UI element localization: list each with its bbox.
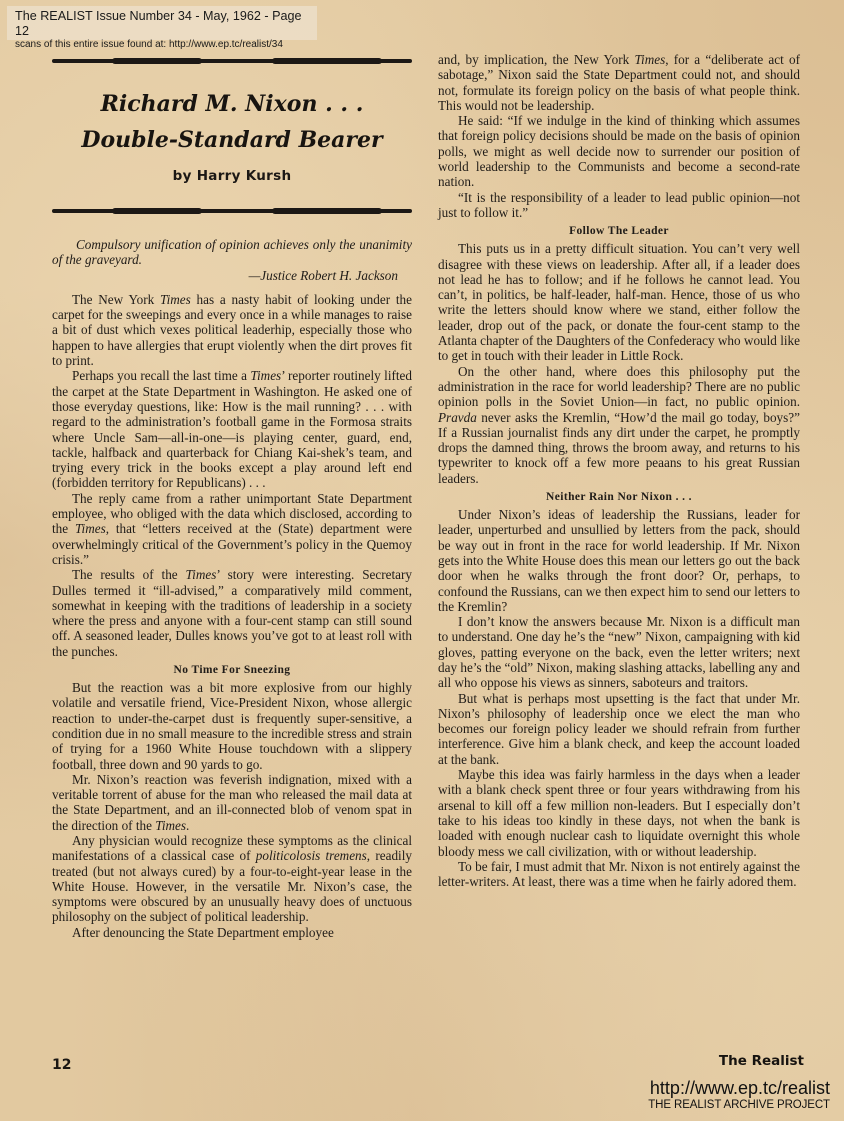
article-paragraph: After denouncing the State Department em… — [52, 925, 412, 940]
left-column-body: The New York Times has a nasty habit of … — [52, 292, 412, 940]
article-paragraph: Any physician would recognize these symp… — [52, 833, 412, 925]
article-paragraph: The New York Times has a nasty habit of … — [52, 292, 412, 368]
headline-line-1: Richard M. Nixon . . . — [52, 88, 412, 120]
article-paragraph: Perhaps you recall the last time a Times… — [52, 368, 412, 490]
italic-emphasis: Pravda — [438, 410, 477, 425]
archive-header-banner: The REALIST Issue Number 34 - May, 1962 … — [7, 6, 317, 40]
article-paragraph: The reply came from a rather unimportant… — [52, 491, 412, 567]
headline-top-rule — [52, 59, 412, 63]
byline: by Harry Kursh — [52, 168, 412, 184]
headline-bottom-rule — [52, 209, 412, 213]
article-paragraph: The results of the Times’ story were int… — [52, 567, 412, 659]
italic-emphasis: Times — [155, 818, 186, 833]
italic-emphasis: Times — [634, 52, 665, 67]
section-subhead: Follow The Leader — [438, 224, 800, 238]
article-paragraph: To be fair, I must admit that Mr. Nixon … — [438, 859, 800, 890]
article-paragraph: “It is the responsibility of a leader to… — [438, 190, 800, 221]
article-left-column: Compulsory unification of opinion achiev… — [52, 237, 412, 940]
article-paragraph: Under Nixon’s ideas of leadership the Ru… — [438, 507, 800, 614]
archive-url-link[interactable]: http://www.ep.tc/realist — [648, 1078, 830, 1098]
realist-masthead-sign: The Realist — [716, 1053, 804, 1069]
italic-emphasis: Times — [250, 368, 281, 383]
section-subhead: Neither Rain Nor Nixon . . . — [438, 490, 800, 504]
article-paragraph: This puts us in a pretty difficult situa… — [438, 241, 800, 363]
archive-header-url: scans of this entire issue found at: htt… — [15, 39, 317, 51]
article-right-column: and, by implication, the New York Times,… — [438, 52, 800, 889]
article-paragraph: But what is perhaps most upsetting is th… — [438, 691, 800, 767]
article-paragraph: and, by implication, the New York Times,… — [438, 52, 800, 113]
italic-emphasis: Times — [75, 521, 106, 536]
epigraph-spacer — [52, 283, 412, 292]
article-paragraph: He said: “If we indulge in the kind of t… — [438, 113, 800, 189]
article-paragraph: I don’t know the answers because Mr. Nix… — [438, 614, 800, 690]
article-paragraph: Maybe this idea was fairly harmless in t… — [438, 767, 800, 859]
epigraph: Compulsory unification of opinion achiev… — [52, 237, 412, 283]
article-paragraph: But the reaction was a bit more explosiv… — [52, 680, 412, 772]
section-subhead: No Time For Sneezing — [52, 663, 412, 677]
right-column-body: and, by implication, the New York Times,… — [438, 52, 800, 889]
article-paragraph: Mr. Nixon’s reaction was feverish indign… — [52, 772, 412, 833]
page-number: 12 — [52, 1057, 71, 1073]
epigraph-attribution: —Justice Robert H. Jackson — [52, 268, 412, 283]
italic-emphasis: politi­colosis tremens — [256, 848, 367, 863]
archive-project-label: THE REALIST ARCHIVE PROJECT — [648, 1098, 830, 1112]
article-paragraph: On the other hand, where does this philo… — [438, 364, 800, 486]
headline-line-2: Double-Standard Bearer — [52, 124, 412, 156]
epigraph-quote: Compulsory unification of opinion achiev… — [52, 237, 412, 268]
italic-emphasis: Times — [160, 292, 191, 307]
archive-header-title: The REALIST Issue Number 34 - May, 1962 … — [15, 6, 317, 39]
italic-emphasis: Times — [186, 567, 217, 582]
archive-footer: http://www.ep.tc/realist THE REALIST ARC… — [648, 1078, 830, 1112]
